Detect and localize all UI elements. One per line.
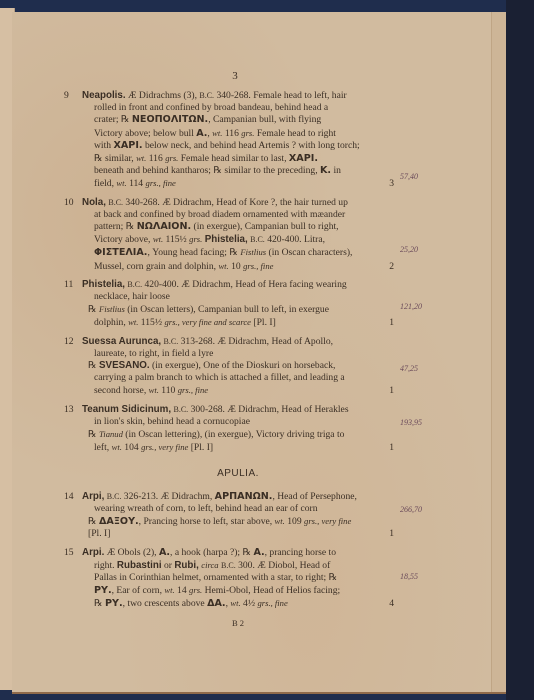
handwritten-price: 18,55 (400, 572, 418, 581)
lot-description: Phistelia, B.C. 420-400. Æ Didrachm, Hea… (82, 279, 394, 330)
lot-quantity: 2 (389, 261, 394, 273)
handwritten-price: 47,25 (400, 364, 418, 373)
lot-number: 14 (64, 491, 74, 503)
lot-number: 12 (64, 336, 74, 348)
handwritten-price: 121,20 (400, 302, 422, 311)
lot-description: Arpi, B.C. 326-213. Æ Didrachm, ΑΡΠΑΝΩΝ.… (82, 491, 394, 541)
lot-quantity: 1 (389, 317, 394, 329)
lot-number: 10 (64, 197, 74, 209)
lot-description: Suessa Aurunca, B.C. 313-268. Æ Didrachm… (82, 336, 394, 398)
handwritten-price: 25,20 (400, 245, 418, 254)
catalogue-entry: 14 Arpi, B.C. 326-213. Æ Didrachm, ΑΡΠΑΝ… (82, 491, 394, 541)
catalogue-entry: 13 Teanum Sidicinum, B.C. 300-268. Æ Did… (82, 404, 394, 455)
lot-description: Nola, B.C. 340-268. Æ Didrachm, Head of … (82, 197, 394, 273)
lot-number: 11 (64, 279, 73, 291)
lot-quantity: 4 (389, 598, 394, 610)
handwritten-price: 57,40 (400, 172, 418, 181)
handwritten-price: 266,70 (400, 505, 422, 514)
lot-description: Teanum Sidicinum, B.C. 300-268. Æ Didrac… (82, 404, 394, 455)
section-heading: APULIA. (82, 468, 394, 480)
lot-quantity: 1 (389, 442, 394, 454)
signature-mark: B 2 (82, 617, 394, 629)
catalogue-content: 9 Neapolis. Æ Didrachms (3), B.C. 340-26… (82, 90, 394, 629)
lot-number: 9 (64, 90, 69, 102)
lot-number: 13 (64, 404, 74, 416)
lot-quantity: 1 (389, 528, 394, 540)
book-cover-edge (506, 0, 534, 700)
lot-quantity: 1 (389, 385, 394, 397)
page-number: 3 (0, 70, 470, 82)
page-stack-edge (491, 12, 506, 692)
catalogue-entry: 12 Suessa Aurunca, B.C. 313-268. Æ Didra… (82, 336, 394, 398)
handwritten-price: 193,95 (400, 418, 422, 427)
catalogue-entry: 11 Phistelia, B.C. 420-400. Æ Didrachm, … (82, 279, 394, 330)
catalogue-entry: 10 Nola, B.C. 340-268. Æ Didrachm, Head … (82, 197, 394, 273)
catalogue-entry: 9 Neapolis. Æ Didrachms (3), B.C. 340-26… (82, 90, 394, 191)
lot-number: 15 (64, 547, 74, 559)
lot-quantity: 3 (389, 178, 394, 190)
catalogue-entry: 15 Arpi. Æ Obols (2), Α., a hook (harpa … (82, 547, 394, 611)
lot-description: Arpi. Æ Obols (2), Α., a hook (harpa ?);… (82, 547, 394, 611)
lot-description: Neapolis. Æ Didrachms (3), B.C. 340-268.… (82, 90, 394, 191)
